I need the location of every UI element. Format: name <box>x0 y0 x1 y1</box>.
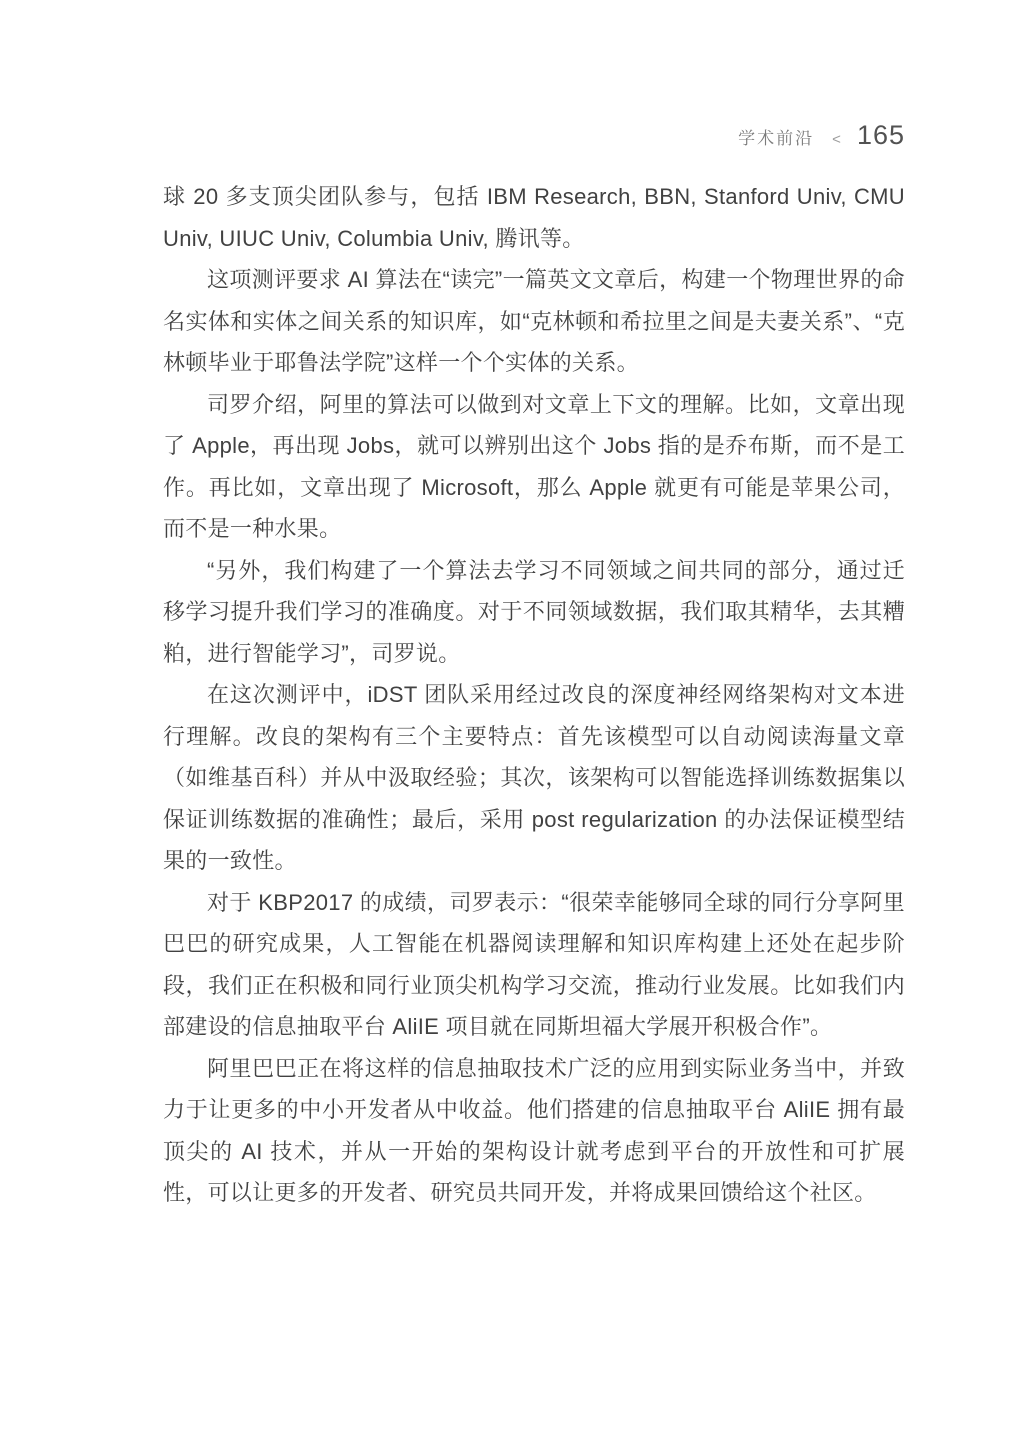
document-page: 学术前沿 < 165 球 20 多支顶尖团队参与，包括 IBM Research… <box>0 0 1031 1440</box>
body-paragraph: 司罗介绍，阿里的算法可以做到对文章上下文的理解。比如，文章出现了 Apple，再… <box>163 384 905 550</box>
body-paragraph: 球 20 多支顶尖团队参与，包括 IBM Research, BBN, Stan… <box>163 176 905 259</box>
page-number: 165 <box>857 120 905 151</box>
body-paragraph: “另外，我们构建了一个算法去学习不同领域之间共同的部分，通过迁移学习提升我们学习… <box>163 550 905 675</box>
header-separator: < <box>832 131 841 148</box>
body-paragraph: 阿里巴巴正在将这样的信息抽取技术广泛的应用到实际业务当中，并致力于让更多的中小开… <box>163 1048 905 1214</box>
article-body: 球 20 多支顶尖团队参与，包括 IBM Research, BBN, Stan… <box>163 176 905 1214</box>
section-title: 学术前沿 <box>738 124 814 149</box>
body-paragraph: 这项测评要求 AI 算法在“读完”一篇英文文章后，构建一个物理世界的命名实体和实… <box>163 259 905 384</box>
body-paragraph: 对于 KBP2017 的成绩，司罗表示：“很荣幸能够同全球的同行分享阿里巴巴的研… <box>163 882 905 1048</box>
running-header: 学术前沿 < 165 <box>163 120 905 151</box>
body-paragraph: 在这次测评中，iDST 团队采用经过改良的深度神经网络架构对文本进行理解。改良的… <box>163 674 905 882</box>
